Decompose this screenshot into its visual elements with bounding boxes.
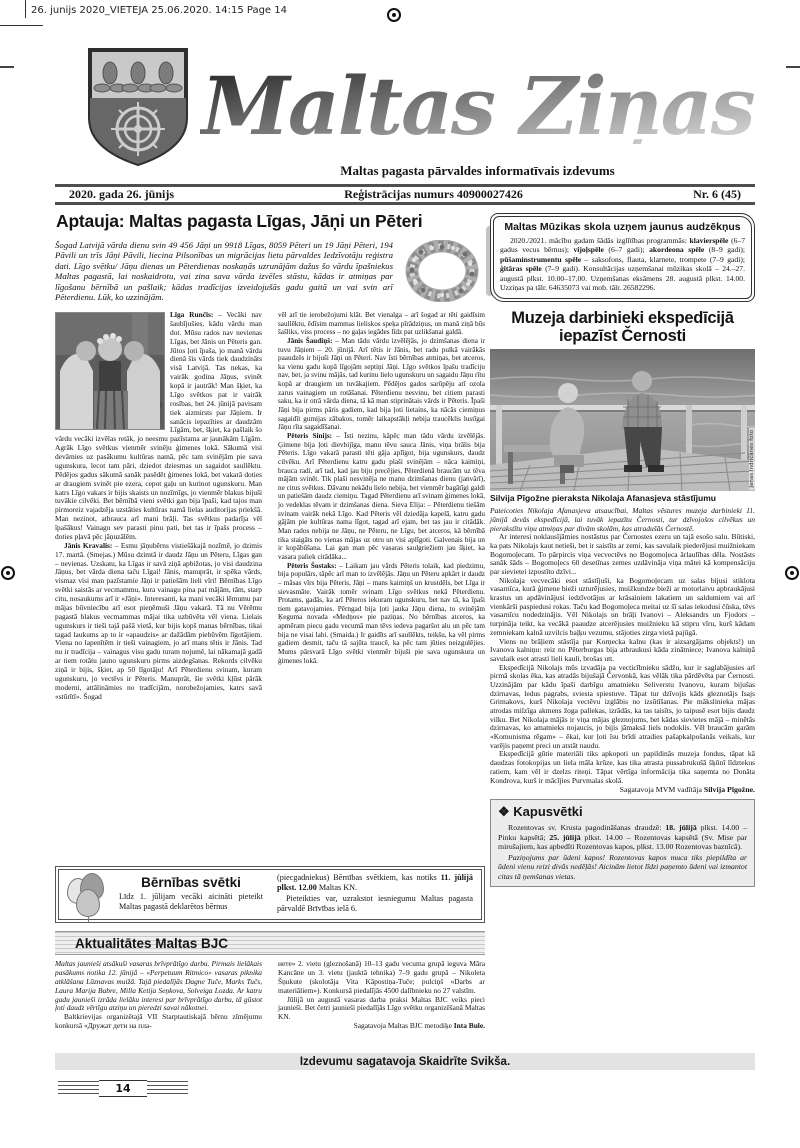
kapusvetki-notice: Paziņojums par ūdeni kapos! Rozentovas k… xyxy=(498,853,747,882)
newspaper-page: 26. junijs 2020_VIETEJA 25.06.2020. 14:1… xyxy=(0,0,800,1148)
survey-column-middle: vēl arī tie ierobežojumi klāt. Bet viena… xyxy=(278,311,485,864)
bjc-paragraph: Baltkrievijas organizētajā VII Starptaut… xyxy=(55,1013,262,1031)
bjc-column-right: нете» 2. vietu (gleznošanā) 10–13 gadu v… xyxy=(278,960,485,1052)
crop-mark xyxy=(25,0,26,18)
issue-number: Nr. 6 (45) xyxy=(693,187,741,202)
museum-paragraph: Viens no brāļiem stāstīja par Korņecka k… xyxy=(490,638,755,664)
crop-mark xyxy=(786,66,800,68)
newspaper-subtitle: Maltas pagasta pārvaldes informatīvais i… xyxy=(205,163,750,179)
bjc-intro: Maltas jaunieši atsākuši vasaras brīvprā… xyxy=(55,960,262,1013)
interview-peteris-sostaks: Pēteris Šostaks: – Laikam jau vārds Pēte… xyxy=(278,562,485,666)
bernibas-text-right: (piecgadniekus) Bērnības svētkiem, kas n… xyxy=(277,873,473,894)
footer-credit-bar: Izdevumu sagatavoja Skaidrīte Svikša. xyxy=(55,1053,755,1070)
page-number: 14 xyxy=(58,1081,188,1096)
bjc-paragraph: Jūlijā un augustā vasaras darba praksi M… xyxy=(278,996,485,1023)
registration-mark-icon xyxy=(1,566,15,580)
museum-photo-caption: Silvija Pīgožne pieraksta Nikolaja Afana… xyxy=(490,493,755,503)
survey-headline: Aptauja: Maltas pagasta Līgas, Jāņi un P… xyxy=(56,211,488,232)
bjc-columns: Maltas jaunieši atsākuši vasaras brīvprā… xyxy=(55,960,485,1052)
balloons-icon xyxy=(67,873,113,919)
survey-lead: Šogad Latvijā vārda dienu svin 49 456 Jā… xyxy=(55,240,485,304)
interview-peteris-sinijs: Pēteris Sinijs: – Īsti nezinu, kāpēc man… xyxy=(278,432,485,562)
museum-paragraph: Nikolaja vecvecāki esot stāstījuši, ka B… xyxy=(490,577,755,638)
museum-article-text: Pateicoties Nikolaja Afanasjeva atsaucīb… xyxy=(490,507,755,794)
music-school-box: Maltas Mūzikas skola uzņem jaunus audzēk… xyxy=(490,213,755,302)
dateline-bar: 2020. gada 26. jūnijs Reģistrācijas numu… xyxy=(55,184,755,205)
bernibas-svetki-box: Bērnības svētki Līdz 1. jūlijam vecāki a… xyxy=(55,866,485,923)
kapusvetki-body: Rozentovas sv. Krusta pagodināšanas drau… xyxy=(498,823,747,852)
bjc-column-left: Maltas jaunieši atsākuši vasaras brīvprā… xyxy=(55,960,262,1052)
coat-of-arms xyxy=(86,46,190,173)
museum-paragraph: Ar interesi noklausījāmies nostāstus par… xyxy=(490,533,755,576)
interview-janis-kravalis: Jānis Kravalis: – Esmu jāņubērns vistieš… xyxy=(55,542,262,702)
museum-paragraph: Ekspedīcijā Nikolajs mūs izvadāja pa vec… xyxy=(490,664,755,751)
registration-mark-icon xyxy=(387,8,401,22)
crop-mark xyxy=(0,25,43,26)
museum-photo: Janas Indričānes foto xyxy=(490,349,755,491)
liga-portrait-photo xyxy=(55,312,165,430)
wreath-image xyxy=(399,240,485,302)
bjc-section-header: Aktualitātes Maltas BJC xyxy=(55,931,485,955)
registration-mark-icon xyxy=(785,566,799,580)
newspaper-title: Maltas Ziņas xyxy=(200,68,755,144)
right-column: Maltas Mūzikas skola uzņem jaunus audzēk… xyxy=(490,213,755,887)
museum-byline: Sagatavoja MVM vadītāja Silvija Pīgožne. xyxy=(490,785,755,794)
kapusvetki-title: ❖ Kapusvētki xyxy=(498,804,747,820)
museum-paragraph: Pateicoties Nikolaja Afanasjeva atsaucīb… xyxy=(490,507,755,533)
music-school-title: Maltas Mūzikas skola uzņem jaunus audzēk… xyxy=(500,221,745,233)
kapusvetki-box: ❖ Kapusvētki Rozentovas sv. Krusta pagod… xyxy=(490,799,755,887)
interview-janis-saudins: Jānis Šaudiņš: – Man tādu vārdu izvēlējā… xyxy=(278,337,485,432)
interview-continuation: vēl arī tie ierobežojumi klāt. Bet viena… xyxy=(278,311,485,337)
survey-column-left: Līga Runčis: – Vecāki nav šaubījušies, k… xyxy=(55,311,262,864)
bjc-byline: Sagatavoja Maltas BJC metodiķe Inta Bule… xyxy=(278,1022,485,1031)
crop-mark xyxy=(0,66,14,68)
registration-number: Reģistrācijas numurs 40900027426 xyxy=(344,187,523,202)
music-school-body: 2020./2021. mācību gadam šādās izglītība… xyxy=(500,236,745,293)
issue-date: 2020. gada 26. jūnijs xyxy=(69,187,174,202)
museum-headline: Muzeja darbinieki ekspedīcijā iepazīst Č… xyxy=(490,309,755,345)
survey-columns: Līga Runčis: – Vecāki nav šaubījušies, k… xyxy=(55,311,485,864)
museum-paragraph: Ekspedīcijā gūtie materiāli tiks apkopot… xyxy=(490,750,755,785)
print-slug: 26. junijs 2020_VIETEJA 25.06.2020. 14:1… xyxy=(31,5,287,16)
photo-credit: Janas Indričānes foto xyxy=(749,428,755,490)
bernibas-text-right-2: Pieteikties var, uzrakstot iesniegumu Ma… xyxy=(277,894,473,915)
bjc-paragraph: нете» 2. vietu (gleznošanā) 10–13 gadu v… xyxy=(278,960,485,996)
